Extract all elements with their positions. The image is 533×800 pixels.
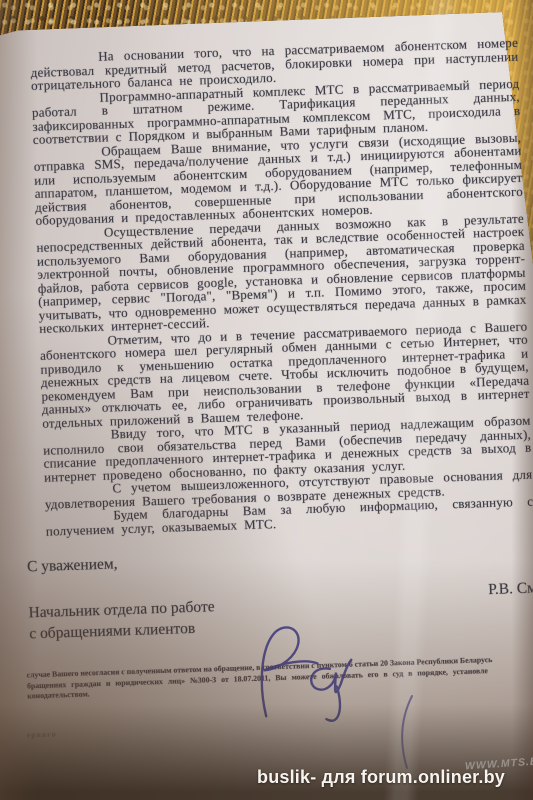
signature-ink: [245, 613, 371, 734]
letter-body: На основании того, что на рассматриваемо…: [30, 36, 533, 538]
closing-salutation: С уважением,: [27, 542, 533, 577]
letter-paragraph: Отметим, что до и в течение рассматривае…: [39, 319, 530, 430]
letter-paragraph: Осуществление передачи данных возможно к…: [36, 211, 527, 335]
pen-stroke-ink: [396, 694, 420, 772]
signer-name: Р.В. Смычё: [488, 577, 533, 600]
forum-watermark: buslik- для forum.onliner.by: [257, 767, 505, 788]
photo-stage: На основании того, что на рассматриваемо…: [0, 0, 533, 800]
